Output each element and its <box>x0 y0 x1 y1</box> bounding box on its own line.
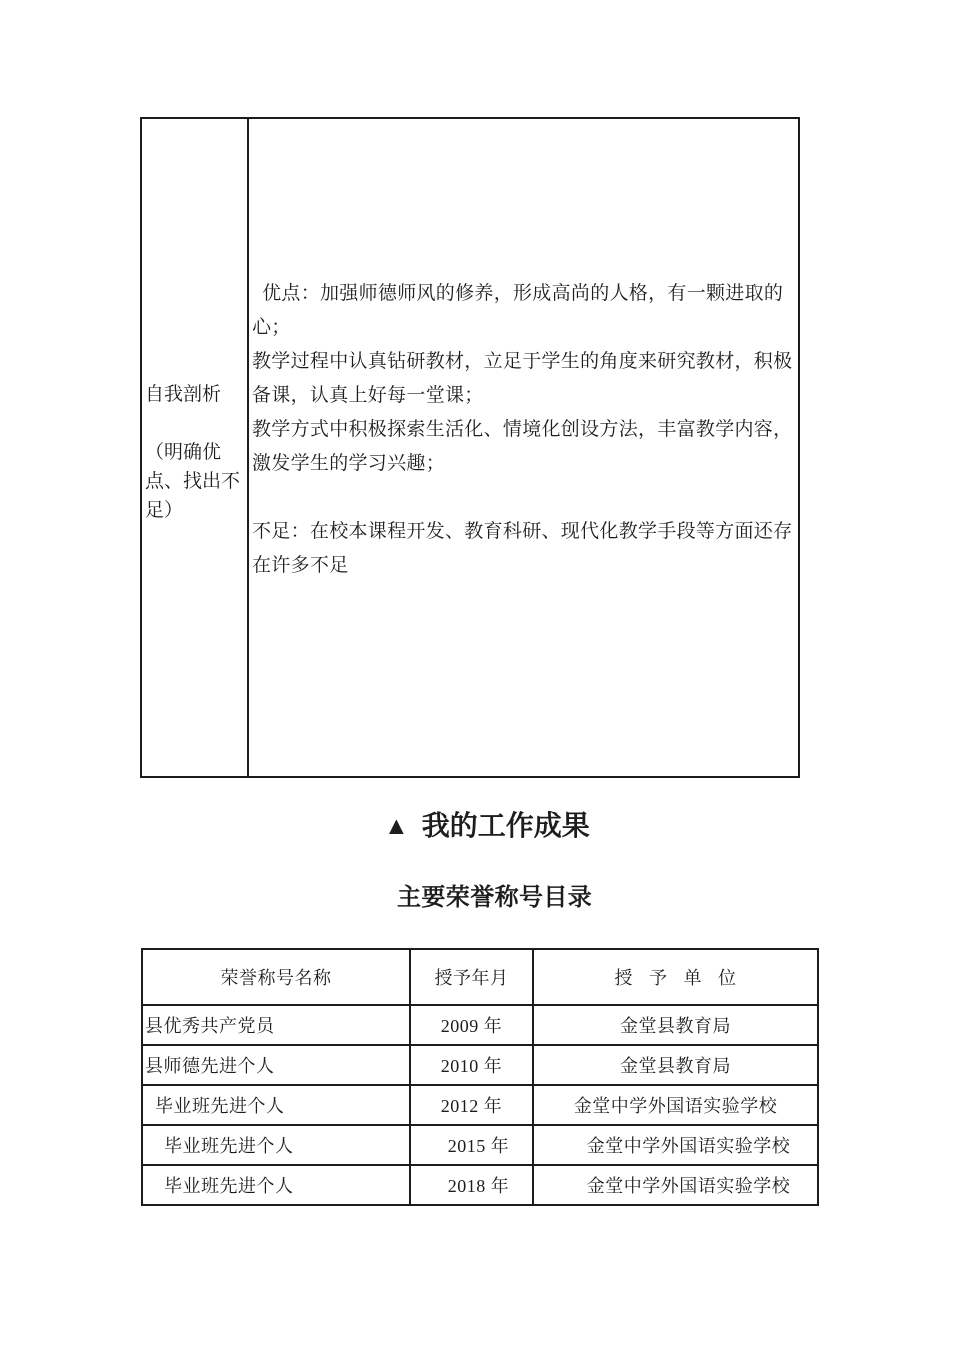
analysis-text-line: 激发学生的学习兴趣； <box>252 447 796 481</box>
honor-year-cell: 2012 年 <box>410 1085 533 1125</box>
honor-year-cell: 2015 年 <box>410 1125 533 1165</box>
section-title: 我的工作成果 <box>422 810 590 844</box>
honors-header-org: 授 予 单 位 <box>533 949 818 1005</box>
honor-org-cell: 金堂县教育局 <box>533 1005 818 1045</box>
honors-header-year: 授予年月 <box>410 949 533 1005</box>
document-page: 自我剖析 （明确优 点、找出不 足） 优点：加强师德师风的修养，形成高尚的人格，… <box>0 0 960 1357</box>
triangle-marker-icon: ▲ <box>384 810 409 844</box>
honor-year-cell: 2010 年 <box>410 1045 533 1085</box>
analysis-label-line: 点、找出不 <box>145 467 247 496</box>
analysis-text-line: 不足：在校本课程开发、教育科研、现代化教学手段等方面还存 <box>252 515 796 549</box>
honor-org-cell: 金堂县教育局 <box>533 1045 818 1085</box>
honor-name-cell: 毕业班先进个人 <box>142 1125 410 1165</box>
honor-org-cell: 金堂中学外国语实验学校 <box>533 1085 818 1125</box>
self-analysis-table: 自我剖析 （明确优 点、找出不 足） 优点：加强师德师风的修养，形成高尚的人格，… <box>140 117 800 778</box>
analysis-label-line <box>145 409 247 438</box>
analysis-text-line: 在许多不足 <box>252 549 796 583</box>
honor-name-cell: 毕业班先进个人 <box>142 1085 410 1125</box>
section-heading: ▲ 我的工作成果 <box>384 810 590 844</box>
honors-header-name: 荣誉称号名称 <box>142 949 410 1005</box>
analysis-content-cell: 优点：加强师德师风的修养，形成高尚的人格，有一颗进取的 心； 教学过程中认真钻研… <box>249 119 798 776</box>
honor-row: 毕业班先进个人 2015 年 金堂中学外国语实验学校 <box>142 1125 818 1165</box>
honor-year-cell: 2009 年 <box>410 1005 533 1045</box>
honor-row: 毕业班先进个人 2018 年 金堂中学外国语实验学校 <box>142 1165 818 1205</box>
analysis-text-line: 心； <box>252 311 796 345</box>
analysis-text-line: 备课，认真上好每一堂课； <box>252 379 796 413</box>
analysis-label-line: 足） <box>145 496 247 525</box>
honor-row: 县师德先进个人 2010 年 金堂县教育局 <box>142 1045 818 1085</box>
analysis-paragraph-weaknesses: 不足：在校本课程开发、教育科研、现代化教学手段等方面还存 在许多不足 <box>252 515 796 583</box>
honor-name-cell: 县师德先进个人 <box>142 1045 410 1085</box>
analysis-paragraph-teaching-process: 教学过程中认真钻研教材，立足于学生的角度来研究教材，积极 备课，认真上好每一堂课… <box>252 345 796 413</box>
analysis-label-line: （明确优 <box>145 438 247 467</box>
analysis-text-line: 优点：加强师德师风的修养，形成高尚的人格，有一颗进取的 <box>252 277 796 311</box>
honor-org-cell: 金堂中学外国语实验学校 <box>533 1125 818 1165</box>
analysis-paragraph-teaching-methods: 教学方式中积极探索生活化、情境化创设方法，丰富教学内容， 激发学生的学习兴趣； <box>252 413 796 481</box>
analysis-paragraph-strengths: 优点：加强师德师风的修养，形成高尚的人格，有一颗进取的 心； <box>252 277 796 345</box>
analysis-text-line: 教学过程中认真钻研教材，立足于学生的角度来研究教材，积极 <box>252 345 796 379</box>
honor-org-cell: 金堂中学外国语实验学校 <box>533 1165 818 1205</box>
honors-subtitle: 主要荣誉称号目录 <box>397 884 592 912</box>
analysis-text-line: 教学方式中积极探索生活化、情境化创设方法，丰富教学内容， <box>252 413 796 447</box>
honors-header-row: 荣誉称号名称 授予年月 授 予 单 位 <box>142 949 818 1005</box>
honors-table: 荣誉称号名称 授予年月 授 予 单 位 县优秀共产党员 2009 年 金堂县教育… <box>141 948 819 1206</box>
honor-name-cell: 毕业班先进个人 <box>142 1165 410 1205</box>
analysis-label-line: 自我剖析 <box>145 380 247 409</box>
honor-year-cell: 2018 年 <box>410 1165 533 1205</box>
analysis-label-cell: 自我剖析 （明确优 点、找出不 足） <box>142 119 249 776</box>
honor-row: 毕业班先进个人 2012 年 金堂中学外国语实验学校 <box>142 1085 818 1125</box>
honor-name-cell: 县优秀共产党员 <box>142 1005 410 1045</box>
honor-row: 县优秀共产党员 2009 年 金堂县教育局 <box>142 1005 818 1045</box>
